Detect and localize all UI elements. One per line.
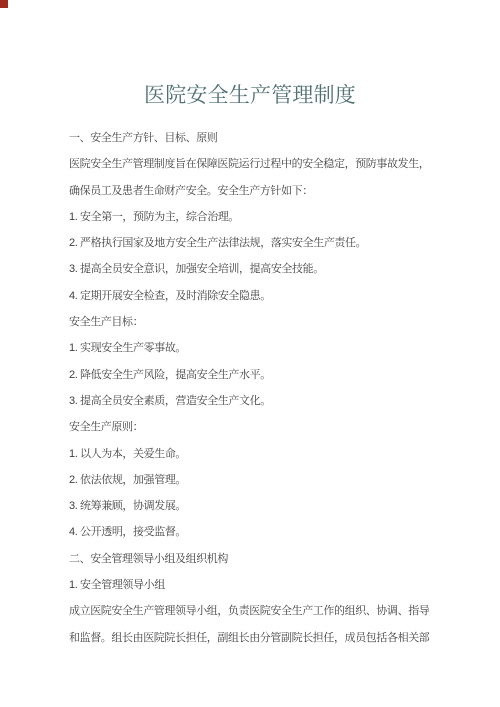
text-line: 安全生产原则： — [69, 414, 429, 440]
text-line: 一、安全生产方针、目标、原则 — [69, 125, 429, 151]
text-line: 3. 提高全员安全素质，营造安全生产文化。 — [69, 388, 429, 414]
text-line: 3. 统筹兼顾，协调发展。 — [69, 493, 429, 519]
text-line: 4. 定期开展安全检查，及时消除安全隐患。 — [69, 283, 429, 309]
text-line: 1. 安全管理领导小组 — [69, 572, 429, 598]
text-line: 1. 以人为本，关爱生命。 — [69, 441, 429, 467]
corner-mark — [0, 0, 8, 8]
text-line: 医院安全生产管理制度旨在保障医院运行过程中的安全稳定，预防事故发生， — [69, 151, 429, 177]
text-line: 2. 严格执行国家及地方安全生产法律法规，落实安全生产责任。 — [69, 230, 429, 256]
document-body: 一、安全生产方针、目标、原则医院安全生产管理制度旨在保障医院运行过程中的安全稳定… — [69, 125, 429, 651]
page-title: 医院安全生产管理制度 — [0, 79, 500, 109]
text-line: 二、安全管理领导小组及组织机构 — [69, 546, 429, 572]
text-line: 1. 安全第一，预防为主，综合治理。 — [69, 204, 429, 230]
text-line: 4. 公开透明，接受监督。 — [69, 519, 429, 545]
text-line: 2. 依法依规，加强管理。 — [69, 467, 429, 493]
text-line: 成立医院安全生产管理领导小组，负责医院安全生产工作的组织、协调、指导 — [69, 598, 429, 624]
text-line: 和监督。组长由医院院长担任，副组长由分管副院长担任，成员包括各相关部 — [69, 625, 429, 651]
text-line: 3. 提高全员安全意识，加强安全培训，提高安全技能。 — [69, 256, 429, 282]
text-line: 确保员工及患者生命财产安全。安全生产方针如下： — [69, 178, 429, 204]
text-line: 1. 实现安全生产零事故。 — [69, 335, 429, 361]
text-line: 2. 降低安全生产风险，提高安全生产水平。 — [69, 362, 429, 388]
text-line: 安全生产目标： — [69, 309, 429, 335]
